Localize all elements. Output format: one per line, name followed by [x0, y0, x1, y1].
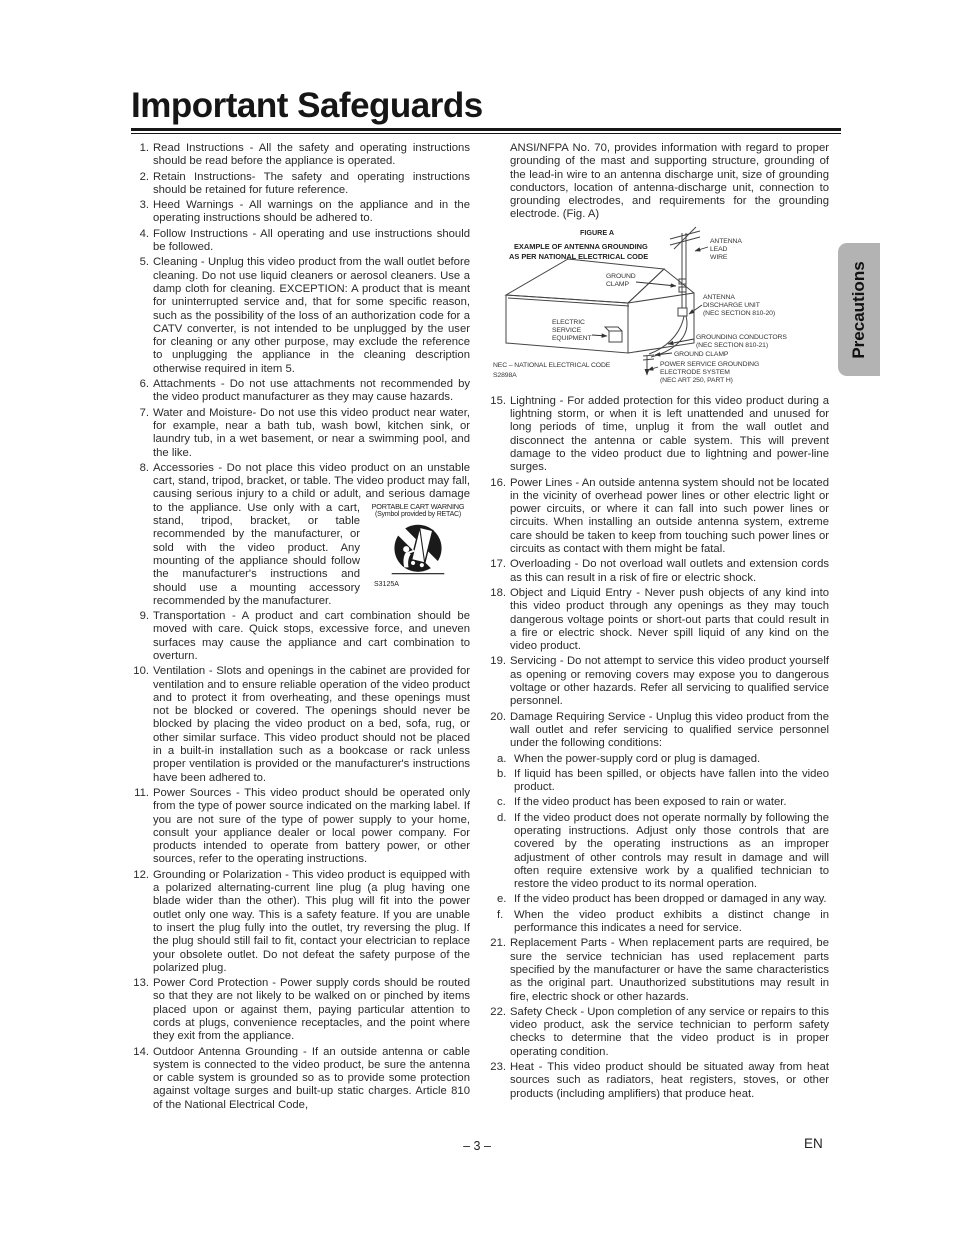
cart-warning-icon: [389, 521, 447, 581]
svg-text:DISCHARGE UNIT: DISCHARGE UNIT: [703, 302, 760, 309]
item-number: 17.: [488, 558, 506, 571]
right-column: ANSI/NFPA No. 70, provides information w…: [488, 142, 829, 1103]
cart-warning-code: S3125A: [374, 581, 470, 589]
portable-cart-warning-figure: PORTABLE CART WARNING (Symbol provided b…: [366, 503, 470, 589]
svg-text:FIGURE A: FIGURE A: [580, 228, 614, 237]
list-item: 22.Safety Check - Upon completion of any…: [488, 1006, 829, 1059]
item-number: 19.: [488, 655, 506, 668]
list-item: 3.Heed Warnings - All warnings on the ap…: [133, 199, 470, 226]
svg-text:GROUND: GROUND: [606, 273, 636, 280]
list-item: 10.Ventilation - Slots and openings in t…: [133, 665, 470, 785]
item-text: with a cart, stand, tripod, bracket, or …: [153, 502, 360, 607]
list-item: 20.Damage Requiring Service - Unplug thi…: [488, 711, 829, 751]
figure-a: FIGURE A EXAMPLE OF ANTENNA GROUNDING AS…: [488, 225, 829, 391]
item-letter: b.: [497, 768, 510, 781]
item-number: 23.: [488, 1061, 506, 1074]
item-text: Object and Liquid Entry - Never push obj…: [510, 587, 829, 652]
item-text: If the video product does not operate no…: [514, 812, 829, 890]
item-text: Damage Requiring Service - Unplug this v…: [510, 711, 829, 750]
svg-text:EQUIPMENT: EQUIPMENT: [552, 335, 592, 342]
item-text: If the video product has been exposed to…: [514, 796, 787, 808]
item-number: 12.: [133, 869, 149, 882]
left-column: 1.Read Instructions - All the safety and…: [133, 142, 470, 1114]
list-item: 2.Retain Instructions- The safety and op…: [133, 171, 470, 198]
list-item: 9.Transportation - A product and cart co…: [133, 610, 470, 663]
item-number: 3.: [133, 199, 149, 212]
list-item: 4.Follow Instructions - All operating an…: [133, 228, 470, 255]
item-number: 10.: [133, 665, 149, 678]
svg-text:SERVICE: SERVICE: [552, 327, 582, 334]
svg-text:ELECTRODE SYSTEM: ELECTRODE SYSTEM: [660, 369, 730, 376]
item-text: Read Instructions - All the safety and o…: [153, 142, 470, 167]
item-text: Servicing - Do not attempt to service th…: [510, 655, 829, 707]
cart-warning-title: PORTABLE CART WARNING: [366, 503, 470, 511]
list-subitem: c.If the video product has been exposed …: [497, 796, 829, 809]
page-number: – 3 –: [437, 1139, 517, 1153]
svg-text:S2898A: S2898A: [493, 372, 517, 379]
svg-text:(NEC SECTION 810-21): (NEC SECTION 810-21): [696, 342, 768, 349]
svg-text:ELECTRIC: ELECTRIC: [552, 319, 585, 326]
item-text: Replacement Parts - When replacement par…: [510, 937, 829, 1002]
item-number: 20.: [488, 711, 506, 724]
item-text: Outdoor Antenna Grounding - If an outsid…: [153, 1046, 470, 1111]
list-item: 23.Heat - This video product should be s…: [488, 1061, 829, 1101]
item-text: Ventilation - Slots and openings in the …: [153, 665, 470, 783]
item-number: 21.: [488, 937, 506, 950]
item-number: 9.: [133, 610, 149, 623]
list-item: 12.Grounding or Polarization - This vide…: [133, 869, 470, 975]
svg-text:POWER SERVICE GROUNDING: POWER SERVICE GROUNDING: [660, 361, 759, 368]
side-tab-label: Precautions: [849, 261, 869, 358]
item-text: When the power-supply cord or plug is da…: [514, 753, 760, 765]
item-letter: a.: [497, 753, 510, 766]
language-code: EN: [804, 1136, 823, 1151]
svg-text:GROUND CLAMP: GROUND CLAMP: [674, 351, 729, 358]
item-number: 13.: [133, 977, 149, 990]
svg-text:EXAMPLE OF ANTENNA GROUNDING: EXAMPLE OF ANTENNA GROUNDING: [514, 242, 648, 251]
item-number: 22.: [488, 1006, 506, 1019]
item-text: Power Cord Protection - Power supply cor…: [153, 977, 470, 1042]
item-text: Power Sources - This video product shoul…: [153, 787, 470, 865]
item-number: 14.: [133, 1046, 149, 1059]
item-text: Overloading - Do not overload wall outle…: [510, 558, 829, 583]
item-text: Retain Instructions- The safety and oper…: [153, 171, 470, 196]
item-text: Power Lines - An outside antenna system …: [510, 477, 829, 555]
svg-text:WIRE: WIRE: [710, 254, 728, 261]
svg-text:ANTENNA: ANTENNA: [703, 294, 735, 301]
item-letter: d.: [497, 812, 510, 825]
item-text: Cleaning - Unplug this video product fro…: [153, 256, 470, 374]
list-item: 1.Read Instructions - All the safety and…: [133, 142, 470, 169]
list-subitem: f.When the video product exhibits a dist…: [497, 909, 829, 936]
item-number: 5.: [133, 256, 149, 269]
list-item: 7.Water and Moisture- Do not use this vi…: [133, 407, 470, 460]
item-number: 16.: [488, 477, 506, 490]
precautions-side-tab: Precautions: [838, 243, 880, 376]
list-subitem: a.When the power-supply cord or plug is …: [497, 753, 829, 766]
svg-text:(NEC SECTION 810-20): (NEC SECTION 810-20): [703, 310, 775, 317]
cart-warning-subtitle: (Symbol provided by RETAC): [366, 511, 470, 519]
manual-page: Important Safeguards 1.Read Instructions…: [0, 0, 954, 1235]
item-text: If the video product has been dropped or…: [514, 893, 827, 905]
list-item: 19.Servicing - Do not attempt to service…: [488, 655, 829, 708]
svg-text:ANTENNA: ANTENNA: [710, 238, 742, 245]
list-item: 11.Power Sources - This video product sh…: [133, 787, 470, 867]
page-title: Important Safeguards: [131, 86, 483, 126]
list-item: 17.Overloading - Do not overload wall ou…: [488, 558, 829, 585]
item-text: Safety Check - Upon completion of any se…: [510, 1006, 829, 1058]
list-item: 5.Cleaning - Unplug this video product f…: [133, 256, 470, 376]
item-number: 11.: [133, 787, 149, 800]
list-item: 15.Lightning - For added protection for …: [488, 395, 829, 475]
item-number: 15.: [488, 395, 506, 408]
svg-text:NEC – NATIONAL ELECTRICAL CODE: NEC – NATIONAL ELECTRICAL CODE: [493, 362, 611, 369]
title-rule: [131, 128, 841, 134]
item-text: Heat - This video product should be situ…: [510, 1061, 829, 1100]
item-text: Heed Warnings - All warnings on the appl…: [153, 199, 470, 224]
item-text: Grounding or Polarization - This video p…: [153, 869, 470, 974]
item-letter: f.: [497, 909, 510, 922]
list-subitem: d.If the video product does not operate …: [497, 812, 829, 892]
list-subitem: b.If liquid has been spilled, or objects…: [497, 768, 829, 795]
list-item: 6.Attachments - Do not use attachments n…: [133, 378, 470, 405]
item-text: Transportation - A product and cart comb…: [153, 610, 470, 662]
list-item: 18.Object and Liquid Entry - Never push …: [488, 587, 829, 653]
item-text: Follow Instructions - All operating and …: [153, 228, 470, 253]
list-item-accessories: 8. Accessories - Do not place this video…: [133, 462, 470, 608]
item-number: 6.: [133, 378, 149, 391]
item-text: If liquid has been spilled, or objects h…: [514, 768, 829, 793]
svg-text:GROUNDING CONDUCTORS: GROUNDING CONDUCTORS: [696, 334, 787, 341]
item-letter: e.: [497, 893, 510, 906]
item-text: Water and Moisture- Do not use this vide…: [153, 407, 470, 459]
antenna-grounding-diagram: FIGURE A EXAMPLE OF ANTENNA GROUNDING AS…: [488, 225, 829, 391]
item-number: 4.: [133, 228, 149, 241]
item-number: 18.: [488, 587, 506, 600]
item-text: Attachments - Do not use attachments not…: [153, 378, 470, 403]
svg-text:CLAMP: CLAMP: [606, 281, 629, 288]
item-text: Lightning - For added protection for thi…: [510, 395, 829, 473]
item-letter: c.: [497, 796, 510, 809]
item-number: 1.: [133, 142, 149, 155]
item-number: 2.: [133, 171, 149, 184]
list-item: 16.Power Lines - An outside antenna syst…: [488, 477, 829, 557]
list-item: 14.Outdoor Antenna Grounding - If an out…: [133, 1046, 470, 1112]
list-subitem: e.If the video product has been dropped …: [497, 893, 829, 906]
list-item: 21.Replacement Parts - When replacement …: [488, 937, 829, 1003]
item-text: When the video product exhibits a distin…: [514, 909, 829, 934]
svg-text:(NEC ART 250, PART H): (NEC ART 250, PART H): [660, 377, 733, 384]
svg-text:LEAD: LEAD: [710, 246, 728, 253]
list-item: 13.Power Cord Protection - Power supply …: [133, 977, 470, 1043]
item-number: 7.: [133, 407, 149, 420]
intro-paragraph: ANSI/NFPA No. 70, provides information w…: [510, 142, 829, 222]
item-number: 8.: [133, 462, 149, 475]
